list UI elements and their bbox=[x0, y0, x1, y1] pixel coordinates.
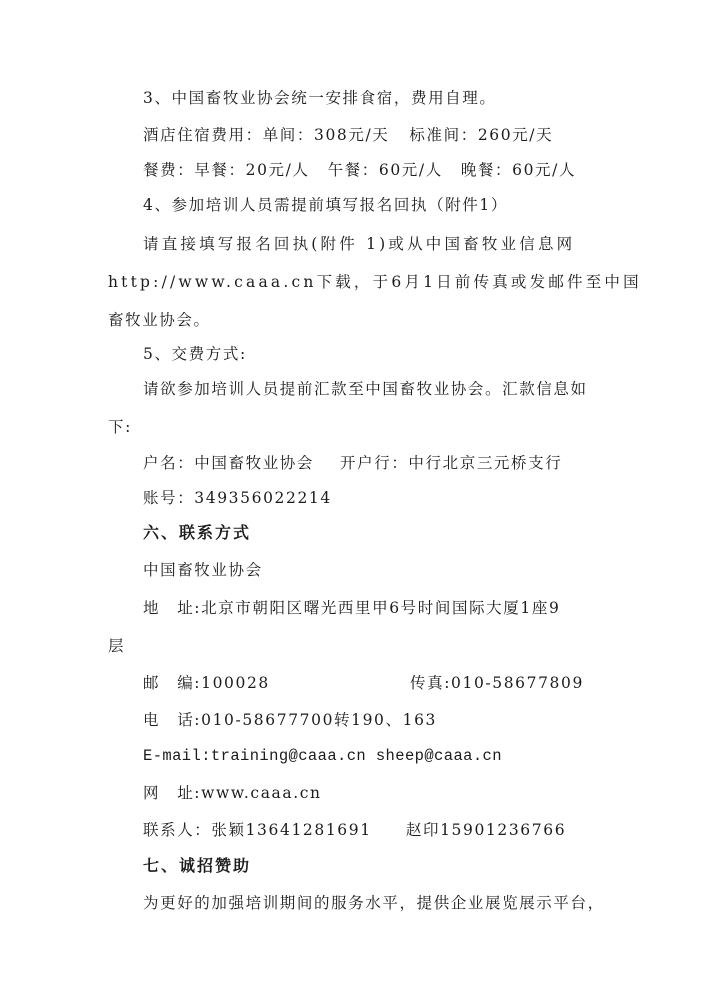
dinner-price: 晚餐：60元/人 bbox=[461, 161, 576, 179]
section7-heading: 七、诚招赞助 bbox=[143, 856, 251, 876]
hotel-label: 酒店住宿费用： bbox=[143, 126, 263, 144]
lunch-price: 午餐：60元/人 bbox=[328, 161, 443, 179]
contact-website: 网 址:www.caaa.cn bbox=[143, 783, 322, 803]
contact-email: E-mail:training@caaa.cn sheep@caaa.cn bbox=[143, 746, 502, 766]
breakfast-price: 早餐：20元/人 bbox=[194, 161, 309, 179]
item5-paragraph-line1: 请欲参加培训人员提前汇款至中国畜牧业协会。汇款信息如 bbox=[143, 379, 588, 399]
contact-address-line2: 层 bbox=[108, 636, 125, 656]
item4-paragraph-line3: 畜牧业协会。 bbox=[108, 310, 211, 330]
contact-address-line1: 地 址:北京市朝阳区曙光西里甲6号时间国际大厦1座9 bbox=[143, 598, 560, 618]
bank-info: 户名：中国畜牧业协会开户行：中行北京三元桥支行 bbox=[143, 453, 562, 473]
account-number: 账号：349356022214 bbox=[143, 488, 332, 508]
item3-title: 3、中国畜牧业协会统一安排食宿，费用自理。 bbox=[143, 88, 496, 108]
item4-paragraph-line1: 请直接填写报名回执(附件 1)或从中国畜牧业信息网 bbox=[143, 234, 575, 254]
document-page: 3、中国畜牧业协会统一安排食宿，费用自理。 酒店住宿费用：单间：308元/天标准… bbox=[0, 0, 707, 1000]
account-name: 户名：中国畜牧业协会 bbox=[143, 454, 314, 472]
item5-title: 5、交费方式: bbox=[143, 344, 247, 364]
contact-fax: 传真:010-58677809 bbox=[410, 673, 584, 693]
section6-heading: 六、联系方式 bbox=[143, 523, 251, 543]
single-room-price: 单间：308元/天 bbox=[263, 126, 390, 144]
contact-persons: 联系人：张颖13641281691 赵印15901236766 bbox=[143, 820, 566, 840]
contact-org: 中国畜牧业协会 bbox=[143, 560, 263, 580]
meal-fees: 餐费：早餐：20元/人午餐：60元/人晚餐：60元/人 bbox=[143, 160, 576, 180]
bank-branch: 开户行：中行北京三元桥支行 bbox=[340, 454, 562, 472]
standard-room-price: 标准间：260元/天 bbox=[409, 126, 553, 144]
item4-paragraph-line2: http://www.caaa.cn下载，于6月1日前传真或发邮件至中国 bbox=[108, 272, 642, 292]
contact-phone: 电 话:010-58677700转190、163 bbox=[143, 710, 437, 730]
contact-postcode: 邮 编:100028 bbox=[143, 673, 270, 693]
section7-paragraph-line1: 为更好的加强培训期间的服务水平，提供企业展览展示平台， bbox=[143, 893, 605, 913]
hotel-fees: 酒店住宿费用：单间：308元/天标准间：260元/天 bbox=[143, 125, 553, 145]
item5-paragraph-line2: 下: bbox=[108, 417, 132, 437]
meal-label: 餐费： bbox=[143, 161, 194, 179]
item4-title: 4、参加培训人员需提前填写报名回执（附件1） bbox=[143, 195, 508, 215]
